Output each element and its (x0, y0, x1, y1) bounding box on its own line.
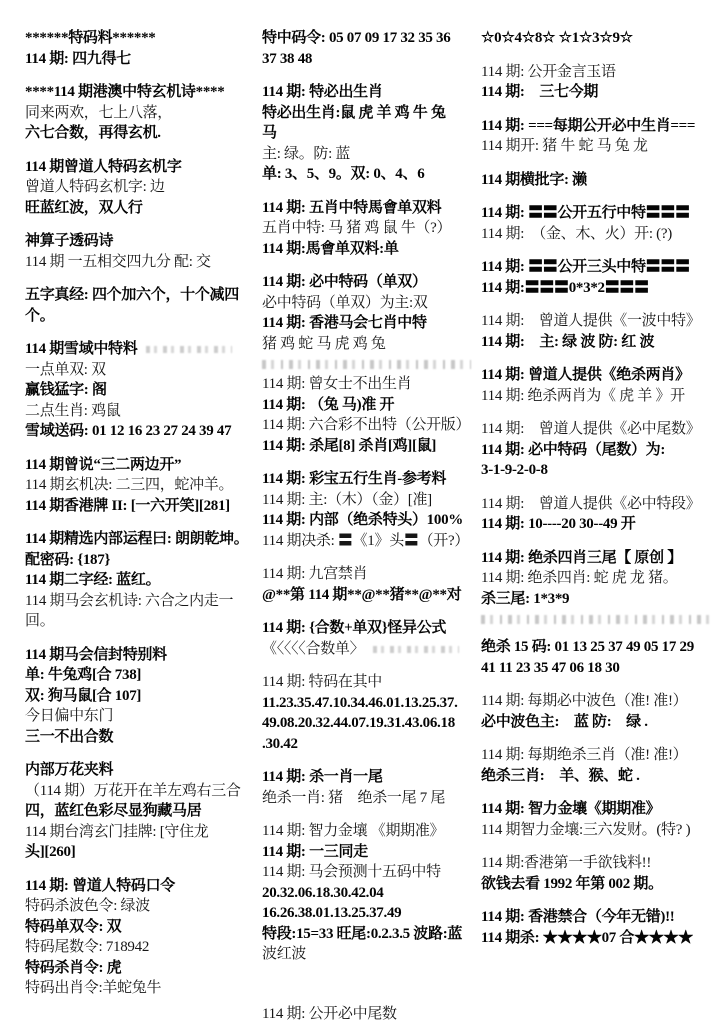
text-line: 双: 狗马鼠[合 107] (25, 686, 263, 707)
text-line: 114 期: 曾女士不出生肖 (262, 374, 480, 395)
text-line: 特码杀肖令: 虎 (25, 958, 263, 979)
text-line: 杀三尾: 1*3*9 (481, 589, 723, 610)
text-line: 特段:15=33 旺尾:0.2.3.5 波路:蓝 (262, 924, 480, 945)
text-line: 114 期:馬會单双料:单 (262, 239, 480, 260)
text-line: 绝杀 15 码: 01 13 25 37 49 05 17 29 (481, 637, 723, 658)
column-middle: 特中码令: 05 07 09 17 32 35 3637 38 48114 期:… (262, 28, 480, 1024)
text-line: 114 期: 香港马会七肖中特 (262, 313, 480, 334)
text-line: 特码出肖令:羊蛇兔牛 (25, 978, 263, 999)
text-line: 16.26.38.01.13.25.37.49 (262, 903, 480, 924)
text-line: 114 期决杀: 〓《1》头〓（开?） (262, 531, 480, 552)
text-line: 114 期: 必中特码（单双） (262, 272, 480, 293)
text-line: 114 期: 六合彩不出特（公开版） (262, 415, 480, 436)
text-line: （114 期）万花开在羊左鸡右三合 (25, 781, 263, 802)
text-line: 114 期: 〓〓公开五行中特〓〓〓 (481, 203, 723, 224)
text-line: 114 期二字经: 蓝红。 (25, 570, 263, 591)
text-line: 114 期: 公开金言玉语 (481, 62, 723, 83)
text-line: 114 期: 曾道人提供《一波中特》 (481, 311, 723, 332)
smudge-artifact (146, 346, 232, 353)
text-line: 37 38 48 (262, 49, 480, 70)
text-line: 114 期台湾玄门挂牌: [守住龙 (25, 822, 263, 843)
text-line: 114 期: 九宫禁肖 (262, 564, 480, 585)
lottery-tip-sheet: ******特码料******114 期: 四九得七****114 期港澳中特玄… (0, 0, 724, 1024)
text-line: 114 期: （兔 马)准 开 (262, 395, 480, 416)
text-line: 114 期:香港第一手欲钱料!! (481, 853, 723, 874)
text-line: 马 (262, 123, 480, 144)
text-line: 绝杀三肖: 羊、猴、蛇 . (481, 766, 723, 787)
text-line: 114 期曾说“三二两边开” (25, 455, 263, 476)
smudge-artifact (373, 646, 459, 653)
text-line: 114 期: 马会预测十五码中特 (262, 862, 480, 883)
text-line: 神算子透码诗 (25, 231, 263, 252)
text-line: 114 期: 香港禁合（今年无错)!! (481, 907, 723, 928)
text-line: 114 期: 三七今期 (481, 82, 723, 103)
text-line: 波红波 (262, 944, 480, 965)
text-line: 二点生肖: 鸡鼠 (25, 401, 263, 422)
text-line: 49.08.20.32.44.07.19.31.43.06.18 (262, 713, 480, 734)
text-line: 114 期 一五相交四九分 配: 交 (25, 252, 263, 273)
text-line: 五肖中特: 马 猪 鸡 鼠 牛（?） (262, 218, 480, 239)
text-line: 114 期: 四九得七 (25, 49, 263, 70)
text-line: 旺蓝红波，双人行 (25, 198, 263, 219)
text-line: 114 期: 杀一肖一尾 (262, 767, 480, 788)
text-line: 114 期: 内部（绝杀特头）100% (262, 510, 480, 531)
text-line: ****114 期港澳中特玄机诗**** (25, 82, 263, 103)
text-line: 五字真经: 四个加六个，十个减四 (25, 285, 263, 306)
text-line: 114 期: 每期绝杀三肖（准! 准!） (481, 745, 723, 766)
text-line: 单: 牛兔鸡[合 738] (25, 665, 263, 686)
text-line: 114 期:〓〓〓0*3*2〓〓〓 (481, 278, 723, 299)
text-line: 114 期: 绝杀四肖三尾【 原创 】 (481, 548, 723, 569)
smudge-artifact (262, 360, 471, 369)
text-line: 20.32.06.18.30.42.04 (262, 883, 480, 904)
text-line: 特码单双令: 双 (25, 917, 263, 938)
text-line: 114 期智力金壤:三六发财。(特? ) (481, 820, 723, 841)
text-line: 雪域送码: 01 12 16 23 27 24 39 47 (25, 421, 263, 442)
column-left: ******特码料******114 期: 四九得七****114 期港澳中特玄… (25, 28, 263, 999)
text-line: 114 期: 绝杀两肖为《 虎 羊 》开 (481, 386, 723, 407)
text-line: 114 期: 10----20 30--49 开 (481, 514, 723, 535)
text-line: 特必出生肖:鼠 虎 羊 鸡 牛 兔 (262, 103, 480, 124)
text-line: 114 期: 智力金壤《期期准》 (481, 799, 723, 820)
text-line: 114 期: 智力金壤 《期期准》 (262, 821, 480, 842)
text-line: 赢钱猛字: 阁 (25, 380, 263, 401)
text-line: 114 期: 〓〓公开三头中特〓〓〓 (481, 257, 723, 278)
text-line: 114 期: 必中特码（尾数）为: (481, 440, 723, 461)
text-line: 114 期开: 猪 牛 蛇 马 兔 龙 (481, 136, 723, 157)
text-line: 114 期精选内部运程曰: 朗朗乾坤。 (25, 529, 263, 550)
text-line: 114 期: 主: 绿 波 防: 红 波 (481, 332, 723, 353)
text-line: 绝杀一肖: 猪 绝杀一尾 7 尾 (262, 788, 480, 809)
text-line: 114 期: 绝杀四肖: 蛇 虎 龙 猪。 (481, 568, 723, 589)
text-line: 3-1-9-2-0-8 (481, 460, 723, 481)
text-line: 内部万花夹料 (25, 760, 263, 781)
text-line: 114 期雪域中特料 (25, 339, 263, 360)
text-line: 三一不出合数 (25, 727, 263, 748)
text-line: 114 期: 特码在其中 (262, 672, 480, 693)
text-line: 114 期杀: ★★★★07 合★★★★ (481, 928, 723, 949)
text-line: 必中特码（单双）为主:双 (262, 293, 480, 314)
text-line: 回。 (25, 611, 263, 632)
text-line: 114 期: 公开必中尾数 (262, 1004, 480, 1024)
text-line: 114 期: 彩宝五行生肖-参考料 (262, 469, 480, 490)
text-line: 114 期: ===每期公开必中生肖=== (481, 116, 723, 137)
text-line: 114 期: 五肖中特馬會单双料 (262, 198, 480, 219)
text-line: 特码尾数令: 718942 (25, 937, 263, 958)
text-line: 114 期: 曾道人提供《必中尾数》 (481, 419, 723, 440)
text-line: 114 期: {合数+单双}怪异公式 (262, 618, 480, 639)
text-line: 114 期横批字: 濑 (481, 170, 723, 191)
text-line: 一点单双: 双 (25, 360, 263, 381)
column-right: ☆0☆4☆8☆ ☆1☆3☆9☆114 期: 公开金言玉语114 期: 三七今期1… (481, 28, 723, 948)
text-line: @**第 114 期**@**猪**@**对 (262, 585, 480, 606)
text-line: 114 期香港牌 II: [一六开笑][281] (25, 496, 263, 517)
text-line: 114 期马会信封特别料 (25, 645, 263, 666)
text-line: ☆0☆4☆8☆ ☆1☆3☆9☆ (481, 28, 723, 49)
text-line: 四，蓝红色彩尽显狗藏马居 (25, 801, 263, 822)
text-line: 114 期马会玄机诗: 六合之内走一 (25, 591, 263, 612)
text-line: 114 期: 特必出生肖 (262, 82, 480, 103)
text-line: 头][260] (25, 842, 263, 863)
text-line: 今日偏中东门 (25, 706, 263, 727)
text-line: 114 期: 杀尾[8] 杀肖[鸡][鼠] (262, 436, 480, 457)
text-line: 猪 鸡 蛇 马 虎 鸡 兔 (262, 334, 480, 355)
text-line: 欲钱去看 1992 年第 002 期。 (481, 874, 723, 895)
text-line: 114 期: （金、木、火）开: (?) (481, 224, 723, 245)
text-line: 特中码令: 05 07 09 17 32 35 36 (262, 28, 480, 49)
text-line: 六七合数，再得玄机. (25, 123, 263, 144)
text-line: 114 期: 曾道人特码口令 (25, 876, 263, 897)
text-line: 114 期: 主:（木）（金）[准] (262, 490, 480, 511)
text-line: ******特码料****** (25, 28, 263, 49)
text-line: 114 期玄机决: 二三四，蛇冲羊。 (25, 475, 263, 496)
text-line: 114 期: 曾道人提供《必中特段》 (481, 494, 723, 515)
text-line: 《〈〈〈〈合数单〉 (262, 639, 480, 660)
text-line: 11.23.35.47.10.34.46.01.13.25.37. (262, 693, 480, 714)
text-line: 特码杀波色令: 绿波 (25, 896, 263, 917)
text-line: 配密码: {187} (25, 550, 263, 571)
text-line: 主: 绿。防: 蓝 (262, 144, 480, 165)
text-line: 114 期: 一三同走 (262, 842, 480, 863)
text-line: 个。 (25, 306, 263, 327)
text-line: 114 期: 曾道人提供《绝杀两肖》 (481, 365, 723, 386)
text-line: 必中波色主: 蓝 防: 绿 . (481, 712, 723, 733)
text-line: .30.42 (262, 734, 480, 755)
text-line: 同来两欢，七上八落， (25, 103, 263, 124)
text-line: 41 11 23 35 47 06 18 30 (481, 658, 723, 679)
text-line: 114 期: 每期必中波色（准! 准!） (481, 691, 723, 712)
smudge-artifact (481, 615, 713, 624)
text-line: 单: 3、5、9。双: 0、4、6 (262, 164, 480, 185)
text-line: 曾道人特码玄机字: 边 (25, 177, 263, 198)
text-line: 114 期曾道人特码玄机字 (25, 157, 263, 178)
